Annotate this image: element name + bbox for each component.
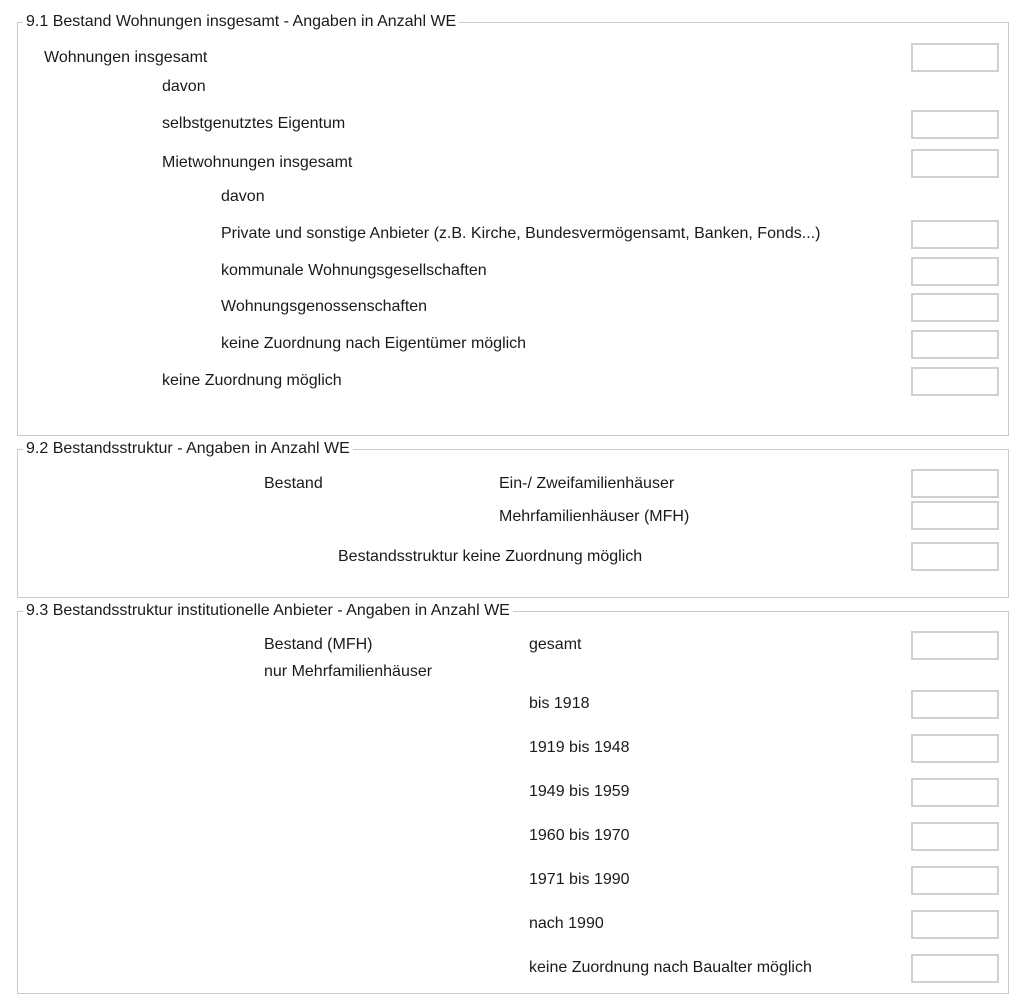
input-1960-bis-1970[interactable] [911,822,999,851]
label-keine-zuordnung-eigentuemer: keine Zuordnung nach Eigentümer möglich [221,335,526,353]
fieldset-bestand-wohnungen: 9.1 Bestand Wohnungen insgesamt - Angabe… [17,22,1009,436]
input-1949-bis-1959[interactable] [911,778,999,807]
label-davon-miet: davon [221,188,265,206]
fieldset-legend: 9.2 Bestandsstruktur - Angaben in Anzahl… [23,440,353,458]
label-wohnungsgenossenschaften: Wohnungsgenossenschaften [221,298,427,316]
fieldset-institutionelle-anbieter: 9.3 Bestandsstruktur institutionelle Anb… [17,611,1009,994]
label-kommunale-wohnungsgesellschaften: kommunale Wohnungsgesellschaften [221,262,487,280]
label-davon: davon [162,78,206,96]
label-ein-zweifamilienhaeuser: Ein-/ Zweifamilienhäuser [499,475,674,493]
input-wohnungsgenossenschaften[interactable] [911,293,999,322]
input-wohnungen-insgesamt[interactable] [911,43,999,72]
input-keine-zuordnung[interactable] [911,367,999,396]
label-bestand-mfh: Bestand (MFH) [264,636,372,654]
input-selbstgenutztes-eigentum[interactable] [911,110,999,139]
label-1919-bis-1948: 1919 bis 1948 [529,739,630,757]
input-1971-bis-1990[interactable] [911,866,999,895]
label-bestandsstruktur-keine-zuordnung: Bestandsstruktur keine Zuordnung möglich [338,548,642,566]
label-mietwohnungen-insgesamt: Mietwohnungen insgesamt [162,154,352,172]
label-private-anbieter: Private und sonstige Anbieter (z.B. Kirc… [221,225,820,243]
label-nur-mehrfamilienhaeuser: nur Mehrfamilienhäuser [264,663,432,681]
label-keine-zuordnung-baualter: keine Zuordnung nach Baualter möglich [529,959,812,977]
input-gesamt[interactable] [911,631,999,660]
label-nach-1990: nach 1990 [529,915,604,933]
input-kommunale-wohnungsgesellschaften[interactable] [911,257,999,286]
label-1960-bis-1970: 1960 bis 1970 [529,827,630,845]
label-gesamt: gesamt [529,636,581,654]
input-bis-1918[interactable] [911,690,999,719]
label-mehrfamilienhaeuser: Mehrfamilienhäuser (MFH) [499,508,689,526]
fieldset-legend: 9.1 Bestand Wohnungen insgesamt - Angabe… [23,13,459,31]
label-bestand: Bestand [264,475,323,493]
input-mietwohnungen-insgesamt[interactable] [911,149,999,178]
input-keine-zuordnung-baualter[interactable] [911,954,999,983]
label-selbstgenutztes-eigentum: selbstgenutztes Eigentum [162,115,345,133]
input-keine-zuordnung-eigentuemer[interactable] [911,330,999,359]
label-1971-bis-1990: 1971 bis 1990 [529,871,630,889]
input-1919-bis-1948[interactable] [911,734,999,763]
input-ein-zweifamilienhaeuser[interactable] [911,469,999,498]
input-nach-1990[interactable] [911,910,999,939]
input-mehrfamilienhaeuser[interactable] [911,501,999,530]
label-keine-zuordnung: keine Zuordnung möglich [162,372,342,390]
input-private-anbieter[interactable] [911,220,999,249]
fieldset-bestandsstruktur: 9.2 Bestandsstruktur - Angaben in Anzahl… [17,449,1009,598]
fieldset-legend: 9.3 Bestandsstruktur institutionelle Anb… [23,602,513,620]
label-1949-bis-1959: 1949 bis 1959 [529,783,630,801]
label-bis-1918: bis 1918 [529,695,590,713]
input-bestandsstruktur-keine-zuordnung[interactable] [911,542,999,571]
label-wohnungen-insgesamt: Wohnungen insgesamt [44,49,207,67]
